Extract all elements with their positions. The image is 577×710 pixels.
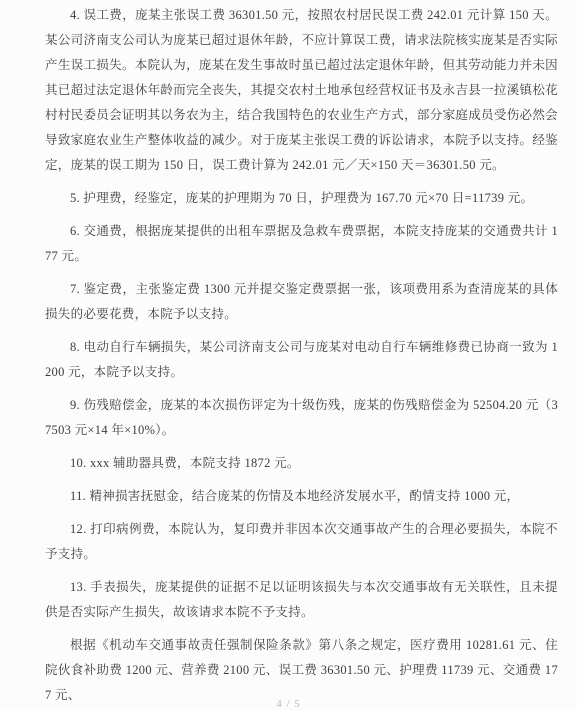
paragraph-transportation-fee: 6. 交通费，根据庞某提供的出租车票据及急救车费票据，本院支持庞某的交通费共计 … xyxy=(45,219,558,269)
document-page: 4. 误工费，庞某主张误工费 36301.50 元，按照农村居民误工费 242.… xyxy=(0,0,577,710)
paragraph-watch-damage: 13. 手表损失，庞某提供的证据不足以证明该损失与本次交通事故有无关联性，且未提… xyxy=(45,575,558,625)
paragraph-assistive-device-fee: 10. xxx 辅助器具费，本院支持 1872 元。 xyxy=(45,451,558,476)
paragraph-copying-fee: 12. 打印病例费，本院认为，复印费并非因本次交通事故产生的合理必要损失，本院不… xyxy=(45,517,558,567)
paragraph-mental-damages: 11. 精神损害抚慰金，结合庞某的伤情及本地经济发展水平，酌情支持 1000 元… xyxy=(45,484,558,509)
paragraph-lost-income-fee: 4. 误工费，庞某主张误工费 36301.50 元，按照农村居民误工费 242.… xyxy=(45,3,558,178)
page-number-footer: 4 / 5 xyxy=(0,697,577,710)
paragraph-nursing-fee: 5. 护理费，经鉴定，庞某的护理期为 70 日，护理费为 167.70 元×70… xyxy=(45,186,558,211)
paragraph-ebike-damage: 8. 电动自行车辆损失，某公司济南支公司与庞某对电动自行车辆维修费已协商一致为 … xyxy=(45,335,558,385)
paragraph-appraisal-fee: 7. 鉴定费，主张鉴定费 1300 元并提交鉴定费票据一张，该项费用系为查清庞某… xyxy=(45,277,558,327)
page-indicator: 4 / 5 xyxy=(276,698,301,710)
paragraph-disability-compensation: 9. 伤残赔偿金，庞某的本次损伤评定为十级伤残，庞某的伤残赔偿金为 52504.… xyxy=(45,393,558,443)
document-body: 4. 误工费，庞某主张误工费 36301.50 元，按照农村居民误工费 242.… xyxy=(0,0,577,708)
